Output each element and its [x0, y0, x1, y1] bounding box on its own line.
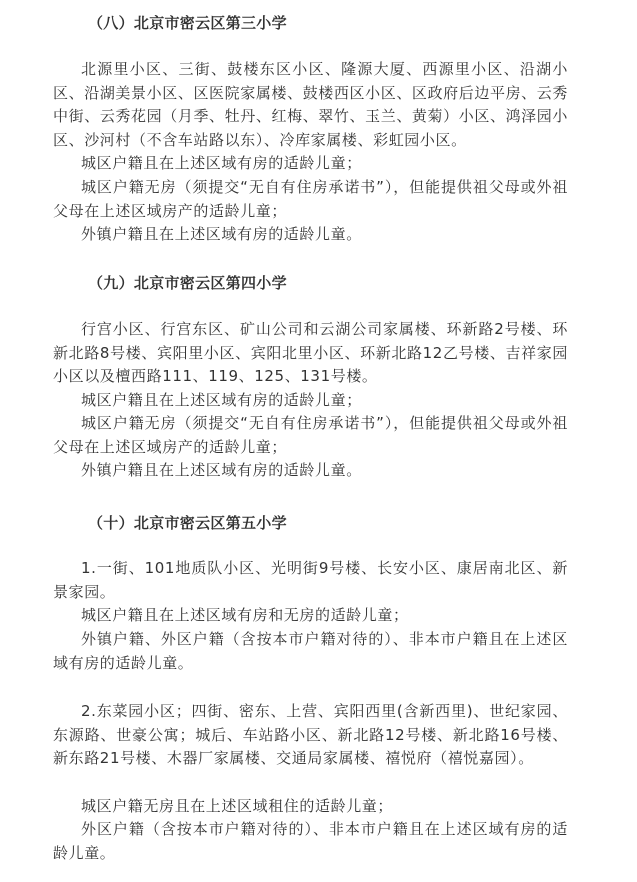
- paragraph-eligibility: 城区户籍无房（须提交“无自有住房承诺书”），但能提供祖父母或外祖父母在上述区域房…: [53, 412, 568, 459]
- paragraph-eligibility: 外镇户籍、外区户籍（含按本市户籍对待的）、非本市户籍且在上述区域有房的适龄儿童。: [53, 628, 568, 675]
- paragraph-area-list: 北源里小区、三街、鼓楼东区小区、隆源大厦、西源里小区、沿湖小区、沿湖美景小区、区…: [53, 58, 568, 152]
- paragraph-eligibility: 城区户籍无房（须提交“无自有住房承诺书”），但能提供祖父母或外祖父母在上述区域房…: [53, 176, 568, 223]
- section-heading: （九）北京市密云区第四小学: [88, 272, 287, 293]
- paragraph-eligibility: 城区户籍且在上述区域有房的适龄儿童；: [53, 389, 568, 413]
- paragraph-area-list: 行宫小区、行宫东区、矿山公司和云湖公司家属楼、环新路2号楼、环新北路8号楼、宾阳…: [53, 318, 568, 389]
- paragraph-eligibility: 外镇户籍且在上述区域有房的适龄儿童。: [53, 459, 568, 483]
- paragraph-area-list: 2.东菜园小区；四街、密东、上营、宾阳西里(含新西里)、世纪家园、东源路、世豪公…: [53, 700, 568, 771]
- paragraph-area-list: 1.一街、101地质队小区、光明街9号楼、长安小区、康居南北区、新景家园。: [53, 557, 568, 604]
- section-heading: （八）北京市密云区第三小学: [88, 12, 287, 33]
- paragraph-eligibility: 外镇户籍且在上述区域有房的适龄儿童。: [53, 223, 568, 247]
- paragraph-eligibility: 外区户籍（含按本市户籍对待的）、非本市户籍且在上述区域有房的适龄儿童。: [53, 818, 568, 865]
- paragraph-eligibility: 城区户籍且在上述区域有房和无房的适龄儿童；: [53, 604, 568, 628]
- paragraph-eligibility: 城区户籍无房且在上述区域租住的适龄儿童；: [53, 795, 568, 819]
- paragraph-eligibility: 城区户籍且在上述区域有房的适龄儿童；: [53, 152, 568, 176]
- section-heading: （十）北京市密云区第五小学: [88, 512, 287, 533]
